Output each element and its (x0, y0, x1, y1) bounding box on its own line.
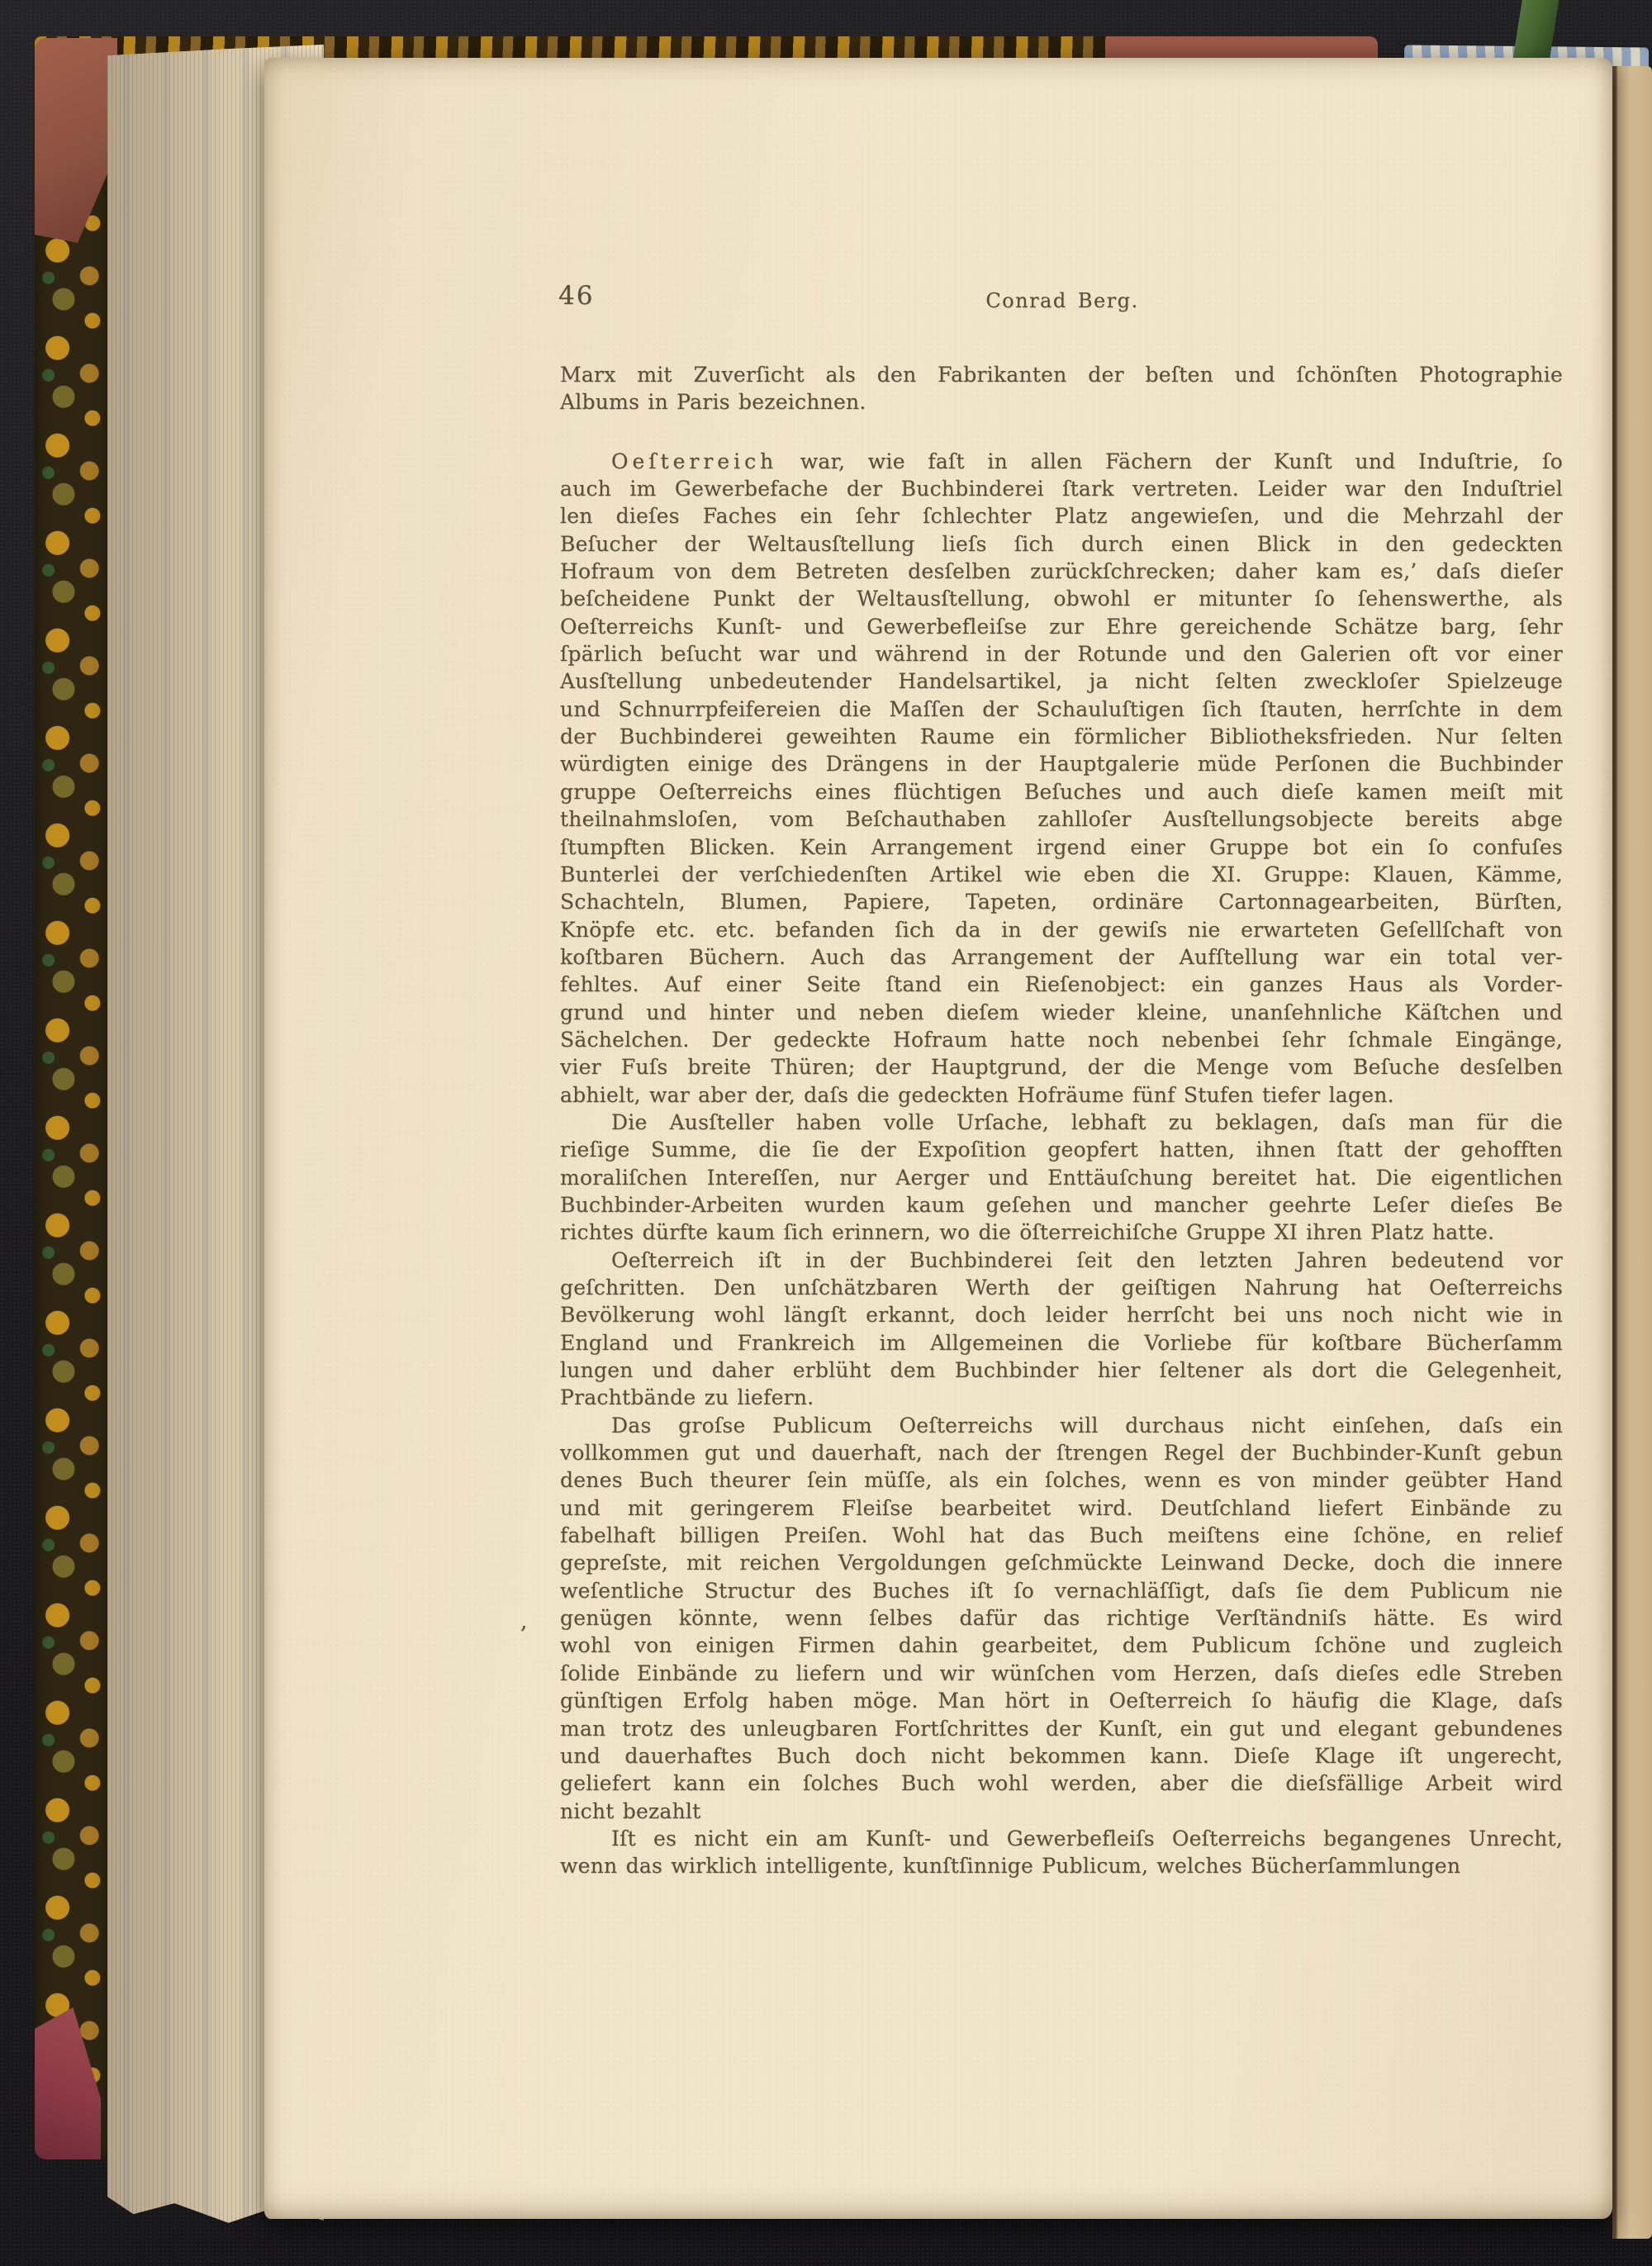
text-line: geſchritten. Den unſchätzbaren Werth der… (560, 1274, 1563, 1301)
paragraph: Oeſterreich iſt in der Buchbinderei ſeit… (560, 1247, 1563, 1412)
text-line: ſolide Einbände zu liefern und wir wünſc… (560, 1660, 1563, 1687)
text-line: richtes dürfte kaum ſich erinnern, wo di… (560, 1219, 1563, 1246)
text-line: auch im Gewerbefache der Buchbinderei ſt… (560, 475, 1563, 502)
text-line: und mit geringerem Fleiſse bearbeitet wi… (560, 1494, 1563, 1522)
paragraph: Das groſse Publicum Oeſterreichs will du… (560, 1412, 1563, 1825)
text-line: rieſige Summe, die ſie der Expoſition ge… (560, 1136, 1563, 1163)
text-line: ſpärlich beſucht war und während in der … (560, 640, 1563, 667)
text-line: theilnahmsloſen, vom Beſchauthaben zahll… (560, 805, 1563, 833)
text-line: grund und hinter und neben dieſem wieder… (560, 999, 1563, 1026)
text-line: Die Ausſteller haben volle Urſache, lebh… (560, 1109, 1563, 1136)
text-line: Ausſtellung unbedeutender Handelsartikel… (560, 667, 1563, 695)
paragraph: Oeſterreich war, wie faſt in allen Fäche… (560, 448, 1563, 1109)
text-line: vollkommen gut und dauerhaft, nach der ſ… (560, 1439, 1563, 1466)
paragraph: Iſt es nicht ein am Kunſt- und Gewerbefl… (560, 1825, 1563, 1880)
text-line: Iſt es nicht ein am Kunſt- und Gewerbefl… (560, 1825, 1563, 1852)
text-line: Buchbinder-Arbeiten wurden kaum geſehen … (560, 1191, 1563, 1219)
text-line: ſtumpften Blicken. Kein Arrangement irge… (560, 834, 1563, 861)
text-line: Oeſterreichs Kunſt- und Gewerbefleiſse z… (560, 613, 1563, 640)
letterspaced-word: Oeſterreich (611, 449, 777, 473)
text-line: koſtbaren Büchern. Auch das Arrangement … (560, 943, 1563, 971)
text-line: moraliſchen Intereſſen, nur Aerger und E… (560, 1164, 1563, 1191)
text-line: geliefert kann ein ſolches Buch wohl wer… (560, 1770, 1563, 1797)
text-line: gepreſste, mit reichen Vergoldungen geſc… (560, 1549, 1563, 1576)
text-line: Schachteln, Blumen, Papiere, Tapeten, or… (560, 888, 1563, 915)
text-line: und Schnurrpfeifereien die Maſſen der Sc… (560, 696, 1563, 723)
margin-mark: , (520, 1609, 527, 1634)
facing-page-edge (1612, 66, 1652, 2239)
text-line: nicht bezahlt (560, 1798, 1563, 1825)
text-line: wohl von einigen Firmen dahin gearbeitet… (560, 1632, 1563, 1659)
text-line: und dauerhaftes Buch doch nicht bekommen… (560, 1742, 1563, 1770)
scan-background: { "page": { "number": "46", "running_hea… (0, 0, 1652, 2266)
text-line: Das groſse Publicum Oeſterreichs will du… (560, 1412, 1563, 1439)
text-line: der Buchbinderei geweihten Raume ein för… (560, 723, 1563, 750)
text-line: lungen und daher erblüht dem Buchbinder … (560, 1356, 1563, 1384)
paragraph: Marx mit Zuverſicht als den Fabrikanten … (560, 361, 1563, 416)
text-line: abhielt, war aber der, daſs die gedeckte… (560, 1081, 1563, 1109)
text-line: Sächelchen. Der gedeckte Hofraum hatte n… (560, 1026, 1563, 1053)
text-line: gruppe Oeſterreichs eines flüchtigen Beſ… (560, 778, 1563, 805)
text-line: Hofraum von dem Betreten desſelben zurüc… (560, 558, 1563, 585)
text-line: Oeſterreich war, wie faſt in allen Fäche… (560, 448, 1563, 475)
text-line: Prachtbände zu liefern. (560, 1384, 1563, 1411)
text-line: fabelhaft billigen Preiſen. Wohl hat das… (560, 1522, 1563, 1549)
text-line: würdigten einige des Drängens in der Hau… (560, 750, 1563, 777)
page-number: 46 (558, 281, 594, 311)
text-line: England und Frankreich im Allgemeinen di… (560, 1329, 1563, 1356)
text-line: Bunterlei der verſchiedenſten Artikel wi… (560, 861, 1563, 888)
text-line: Albums in Paris bezeichnen. (560, 388, 1563, 416)
paragraph: Die Ausſteller haben volle Urſache, lebh… (560, 1109, 1563, 1247)
text-block: Marx mit Zuverſicht als den Fabrikanten … (560, 361, 1563, 1880)
marbled-cover-edge (35, 38, 111, 2159)
text-line: Beſucher der Weltausſtellung lieſs ſich … (560, 530, 1563, 558)
text-line: beſcheidene Punkt der Weltausſtellung, o… (560, 585, 1563, 612)
text-line: len dieſes Faches ein ſehr ſchlechter Pl… (560, 502, 1563, 530)
text-line: weſentliche Structur des Buches iſt ſo v… (560, 1577, 1563, 1604)
text-line: wenn das wirklich intelligente, kunſtſin… (560, 1852, 1563, 1879)
text-line: günſtigen Erfolg haben möge. Man hört in… (560, 1687, 1563, 1714)
text-line: fehltes. Auf einer Seite ſtand ein Rieſe… (560, 971, 1563, 998)
text-line: Marx mit Zuverſicht als den Fabrikanten … (560, 361, 1563, 388)
text-line: Bevölkerung wohl längſt erkannt, doch le… (560, 1301, 1563, 1328)
text-line: genügen könnte, wenn ſelbes dafür das ri… (560, 1604, 1563, 1632)
text-line: vier Fuſs breite Thüren; der Hauptgrund,… (560, 1053, 1563, 1081)
text-line: Oeſterreich iſt in der Buchbinderei ſeit… (560, 1247, 1563, 1274)
text-line: denes Buch theurer ſein müſſe, als ein ſ… (560, 1466, 1563, 1494)
text-line: man trotz des unleugbaren Fortſchrittes … (560, 1715, 1563, 1742)
running-header: Conrad Berg. (856, 289, 1269, 312)
text-line: Knöpfe etc. etc. befanden ſich da in der… (560, 916, 1563, 943)
